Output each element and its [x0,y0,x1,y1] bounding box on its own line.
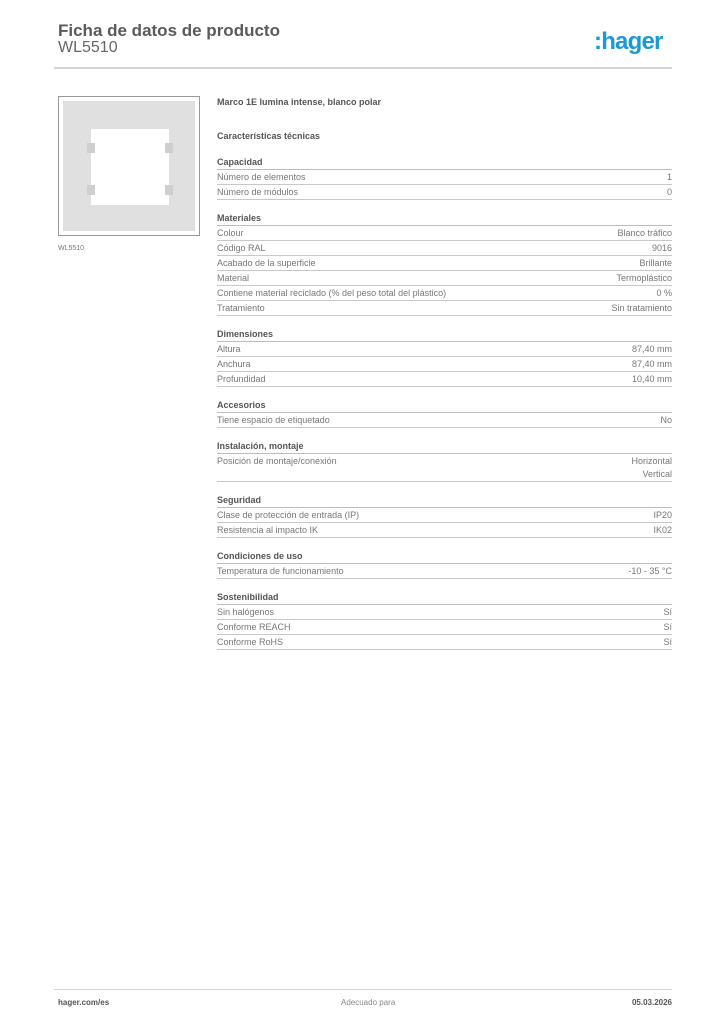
page-title: Ficha de datos de producto [58,21,280,41]
spec-label: Resistencia al impacto IK [217,524,318,537]
spec-section: CapacidadNúmero de elementos1Número de m… [217,156,672,200]
section-title: Instalación, montaje [217,440,672,454]
spec-label: Código RAL [217,242,266,255]
section-title: Condiciones de uso [217,550,672,564]
spec-row: Tiene espacio de etiquetadoNo [217,413,672,428]
spec-value: -10 - 35 °C [628,565,672,578]
spec-row: Sin halógenosSí [217,605,672,620]
product-image [58,96,200,236]
spec-row: Temperatura de funcionamiento-10 - 35 °C [217,564,672,579]
spec-label: Número de elementos [217,171,306,184]
spec-value: 10,40 mm [632,373,672,386]
section-title: Dimensiones [217,328,672,342]
spec-row: MaterialTermoplástico [217,271,672,286]
spec-row: Conforme RoHSSí [217,635,672,650]
spec-row: Posición de montaje/conexiónHorizontal V… [217,454,672,482]
spec-value: IP20 [653,509,672,522]
spec-row: Anchura87,40 mm [217,357,672,372]
spec-label: Tiene espacio de etiquetado [217,414,330,427]
footer-website[interactable]: hager.com/es [58,998,109,1007]
frame-opening [91,129,169,205]
spec-label: Clase de protección de entrada (IP) [217,509,359,522]
spec-value: 0 % [656,287,672,300]
spec-section: AccesoriosTiene espacio de etiquetadoNo [217,399,672,428]
frame-icon [63,101,195,231]
spec-value: No [660,414,672,427]
spec-section: SostenibilidadSin halógenosSíConforme RE… [217,591,672,650]
spec-label: Posición de montaje/conexión [217,455,337,468]
spec-section: DimensionesAltura87,40 mmAnchura87,40 mm… [217,328,672,387]
section-title: Accesorios [217,399,672,413]
spec-section: MaterialesColourBlanco tráficoCódigo RAL… [217,212,672,316]
section-title: Materiales [217,212,672,226]
spec-value: Horizontal Vertical [631,455,672,481]
spec-row: Contiene material reciclado (% del peso … [217,286,672,301]
spec-label: Profundidad [217,373,266,386]
spec-label: Temperatura de funcionamiento [217,565,344,578]
spec-label: Número de módulos [217,186,298,199]
spec-row: Clase de protección de entrada (IP)IP20 [217,508,672,523]
spec-row: Resistencia al impacto IKIK02 [217,523,672,538]
clip-icon [165,185,173,195]
footer-date: 05.03.2026 [632,998,672,1007]
spec-value: Sin tratamiento [611,302,672,315]
section-title: Seguridad [217,494,672,508]
spec-row: Conforme REACHSí [217,620,672,635]
spec-content: Marco 1E lumina intense, blanco polar Ca… [217,96,672,650]
spec-label: Anchura [217,358,251,371]
spec-row: Altura87,40 mm [217,342,672,357]
spec-row: Número de módulos0 [217,185,672,200]
spec-label: Colour [217,227,244,240]
spec-value: Brillante [639,257,672,270]
spec-value: 9016 [652,242,672,255]
image-caption: WL5510 [58,245,84,252]
spec-value: 87,40 mm [632,343,672,356]
spec-label: Sin halógenos [217,606,274,619]
header-divider [54,67,672,69]
product-name: Marco 1E lumina intense, blanco polar [217,96,672,108]
spec-row: Profundidad10,40 mm [217,372,672,387]
spec-sections: CapacidadNúmero de elementos1Número de m… [217,156,672,650]
section-title: Sostenibilidad [217,591,672,605]
clip-icon [87,185,95,195]
spec-section: Instalación, montajePosición de montaje/… [217,440,672,482]
spec-label: Contiene material reciclado (% del peso … [217,287,446,300]
footer-divider [54,989,672,990]
spec-value: IK02 [653,524,672,537]
spec-row: TratamientoSin tratamiento [217,301,672,316]
spec-section: Condiciones de usoTemperatura de funcion… [217,550,672,579]
spec-section: SeguridadClase de protección de entrada … [217,494,672,538]
spec-value: Sí [663,606,672,619]
spec-value: Sí [663,636,672,649]
spec-label: Altura [217,343,241,356]
spec-value: 1 [667,171,672,184]
section-title: Capacidad [217,156,672,170]
spec-row: Código RAL9016 [217,241,672,256]
spec-value: Termoplástico [616,272,672,285]
spec-label: Tratamiento [217,302,265,315]
spec-label: Acabado de la superficie [217,257,316,270]
spec-value: Sí [663,621,672,634]
spec-row: Acabado de la superficieBrillante [217,256,672,271]
clip-icon [87,143,95,153]
spec-value: 0 [667,186,672,199]
hager-logo: :hager [594,28,663,56]
spec-label: Material [217,272,249,285]
spec-label: Conforme RoHS [217,636,283,649]
product-reference: WL5510 [58,39,118,57]
spec-label: Conforme REACH [217,621,291,634]
spec-value: 87,40 mm [632,358,672,371]
spec-row: Número de elementos1 [217,170,672,185]
footer-note: Adecuado para [341,998,395,1007]
clip-icon [165,143,173,153]
spec-value: Blanco tráfico [617,227,672,240]
spec-row: ColourBlanco tráfico [217,226,672,241]
tech-characteristics-title: Características técnicas [217,130,672,142]
